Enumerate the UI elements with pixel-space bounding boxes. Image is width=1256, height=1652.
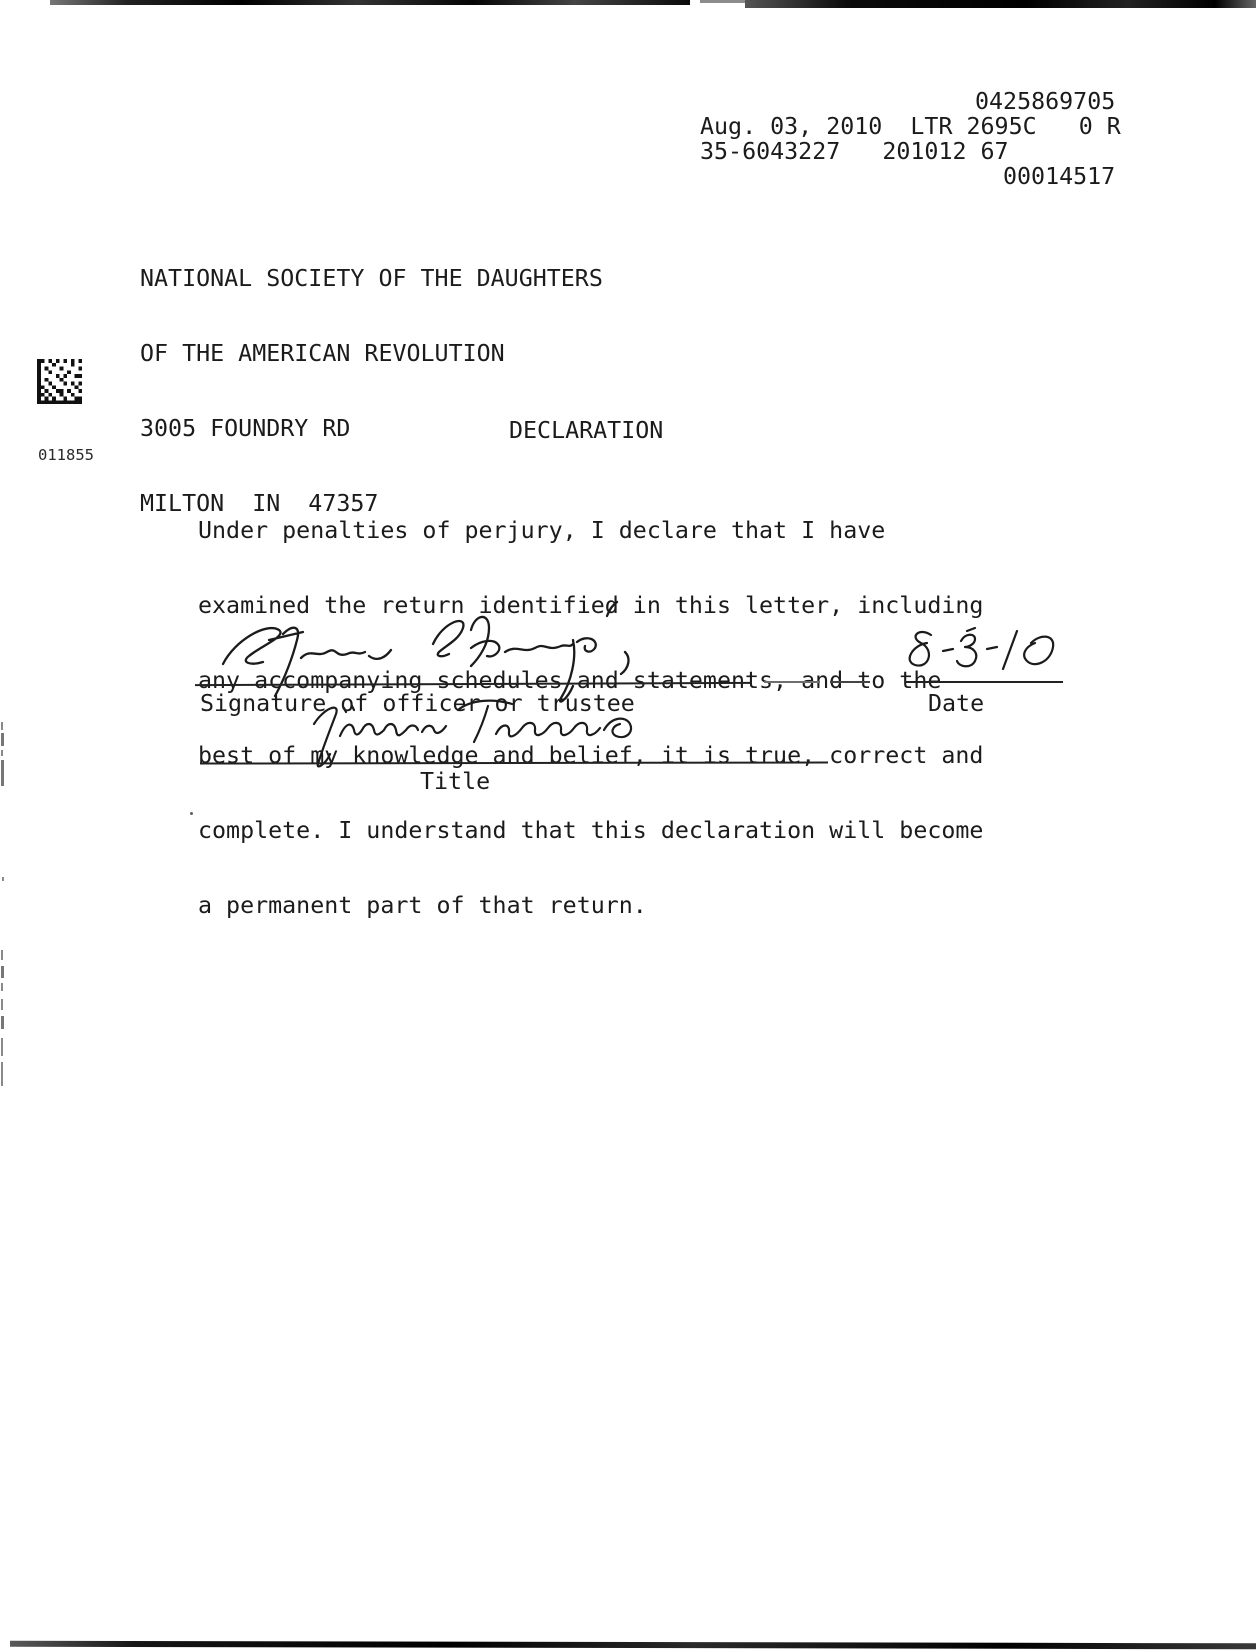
recipient-address-line: NATIONAL SOCIETY OF THE DAUGHTERS bbox=[140, 266, 603, 291]
recipient-address-line: OF THE AMERICAN REVOLUTION bbox=[140, 341, 603, 366]
scan-artifact-top-right-bar bbox=[700, 0, 746, 3]
scan-artifact-top-right-bar bbox=[745, 0, 1256, 8]
scan-artifact-top-left-bar bbox=[50, 0, 690, 5]
letter-date-line: Aug. 03, 2010 LTR 2695C 0 R bbox=[700, 114, 1121, 139]
irs-ref-number: 0425869705 bbox=[975, 89, 1115, 114]
date-label: Date bbox=[928, 691, 984, 716]
signature-line-fragment bbox=[830, 681, 870, 683]
datamatrix-barcode-icon bbox=[37, 358, 82, 405]
title-label: Title bbox=[420, 769, 490, 794]
control-number: 00014517 bbox=[1003, 164, 1115, 189]
title-handwriting bbox=[300, 678, 680, 768]
scanned-letter-page: 0425869705 Aug. 03, 2010 LTR 2695C 0 R 3… bbox=[0, 0, 1256, 1652]
declaration-heading: DECLARATION bbox=[509, 418, 663, 443]
declaration-paragraph-line: a permanent part of that return. bbox=[198, 893, 983, 918]
ein-tax-period-line: 35-6043227 201012 67 bbox=[700, 139, 1009, 164]
declaration-paragraph-line: Under penalties of perjury, I declare th… bbox=[198, 518, 983, 543]
print-id: 011855 bbox=[38, 447, 94, 463]
scan-artifact-dot bbox=[190, 812, 193, 815]
signature-line-fragment bbox=[764, 681, 820, 683]
scan-artifact-bottom-bar bbox=[10, 1641, 1256, 1650]
date-line bbox=[905, 681, 1063, 683]
date-handwriting bbox=[895, 625, 1070, 685]
declaration-paragraph-line: complete. I understand that this declara… bbox=[198, 818, 983, 843]
